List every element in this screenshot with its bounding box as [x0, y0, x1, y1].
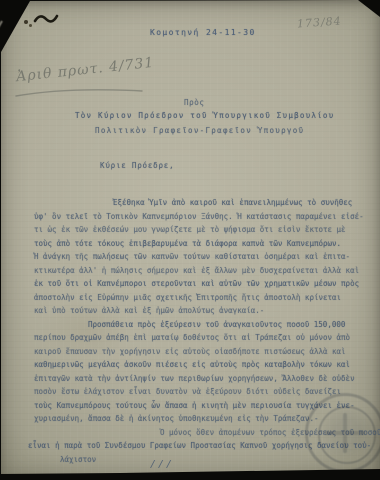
body-line: ὑφ' ὃν τελεῖ τὸ Τοπικὸν Καπνεμπόριον Ξάν… [34, 210, 368, 224]
body-line: καιροῦ ἔπαυσαν τὴν χορήγησιν εἰς αὐτοὺς … [34, 345, 368, 359]
ink-blot [33, 11, 59, 31]
body-line: καὶ ὑπὸ τούτων ἀλλὰ καὶ ἐξ ἡμῶν ἀπολύτως… [34, 304, 368, 318]
body-line: Ἐξέθηκα Ὑμῖν ἀπὸ καιροῦ καὶ ἐπανειλημμέν… [34, 196, 368, 210]
stamp-emblem [325, 431, 365, 435]
body-line: ἀποστολὴν εἰς Εὐρώπην μιᾶς σχετικῆς Ἐπιτ… [34, 291, 368, 305]
ink-dot [29, 24, 32, 27]
scanned-letter-page: 173/84 Κομοτηνή 24-11-30 Ἀριθ πρωτ. 4/73… [0, 0, 380, 480]
recipient-to-label: Πρὸς [184, 98, 204, 107]
dateline: Κομοτηνή 24-11-30 [150, 28, 256, 37]
body-line: Προσπάθεια πρὸς ἐξεύρεσιν τοῦ ἀναγκαιοῦν… [34, 318, 368, 332]
body-line: καθημερινῶς μεγάλας ἀσκοῦν πιέσεις εἰς α… [34, 358, 368, 372]
body-line: Ἡ ἀνάγκη τῆς πωλήσεως τῶν καπνῶν τούτων … [34, 250, 368, 264]
body-line: κτικωτέρα ἀλλ' ἡ πώλησις σήμερον καὶ ἐξ … [34, 264, 368, 278]
body-line: τι ὡς ἐκ τῶν ἐκθέσεών μου γνωρίζετε μὲ τ… [34, 223, 368, 237]
body-line: τοὺς ἀπὸ τότε τόκους ἐπιβεβαρυμένα τὰ δι… [34, 237, 368, 251]
circular-archive-stamp-icon [305, 393, 380, 473]
continuation-mark: /// [150, 459, 174, 470]
recipient-line: Τὸν Κύριον Πρόεδρον τοῦ Ὑπουργικοῦ Συμβο… [75, 111, 334, 120]
protocol-underline-flourish [12, 84, 146, 100]
ink-blot-squiggle [33, 11, 59, 27]
ink-dot [24, 20, 28, 24]
salutation: Κύριε Πρόεδρε, [100, 161, 174, 170]
body-line: ἐκ τοῦ ὅτι οἱ Καπνέμποροι στεροῦνται καὶ… [34, 277, 368, 291]
paper-sheet: 173/84 Κομοτηνή 24-11-30 Ἀριθ πρωτ. 4/73… [0, 0, 380, 480]
archive-number-annotation: 173/84 [297, 14, 343, 30]
body-line: περίπου δραχμῶν ἀπέβη ἐπὶ ματαίῳ δοθέντο… [34, 331, 368, 345]
stamp-inner-circle [318, 406, 376, 464]
recipient-line: Πολιτικὸν Γραφεῖον-Γραφεῖον Ὑπουργοῦ [95, 126, 304, 135]
protocol-note: Ἀριθ πρωτ. 4/731 [16, 55, 155, 85]
body-line: ἐπιταγῶν κατὰ τὴν ἀντίληψίν των περιθωρί… [34, 372, 368, 386]
